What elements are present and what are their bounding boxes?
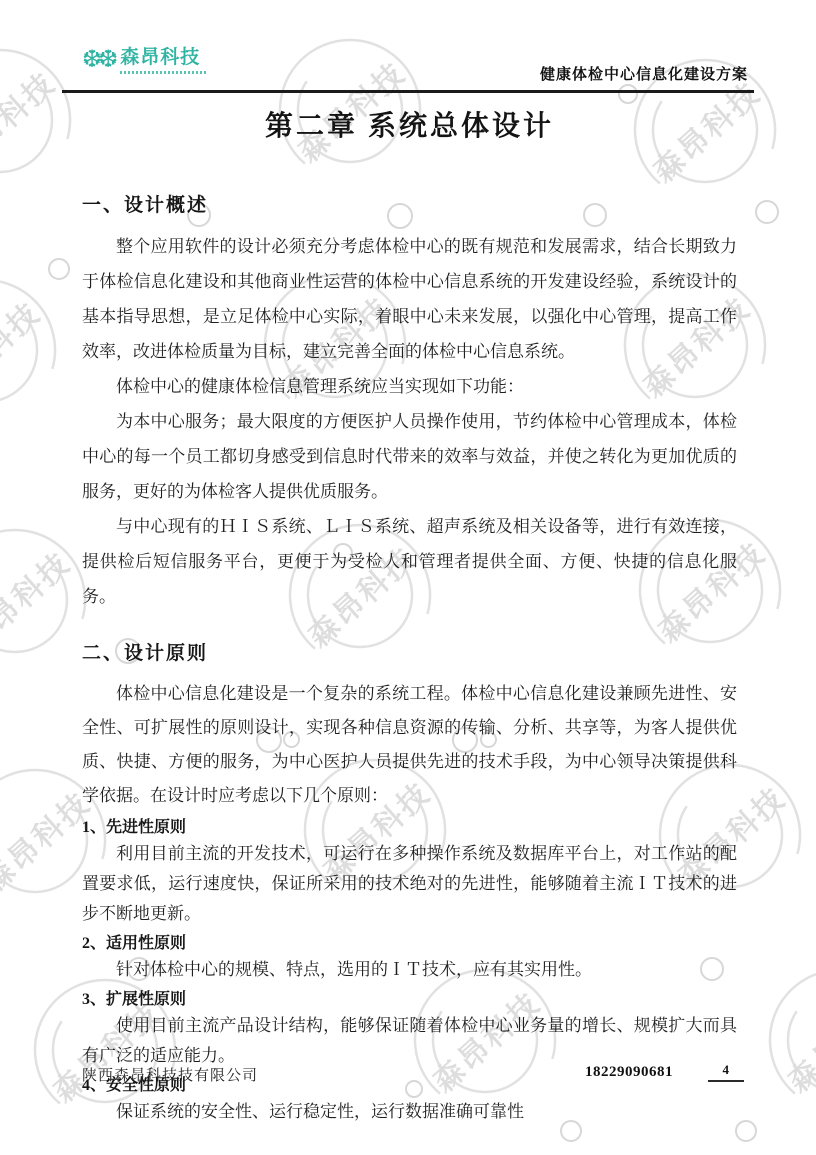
logo-company-name: 森昂科技	[120, 48, 208, 68]
principle-4-text: 保证系统的安全性、运行稳定性，运行数据准确可靠性	[82, 1097, 737, 1127]
logo-tagline	[120, 71, 208, 74]
watermark-circles-icon	[745, 945, 816, 1135]
section-1-paragraph: 为本中心服务；最大限度的方便医护人员操作使用，节约体检中心管理成本，体检中心的每…	[82, 404, 737, 509]
principle-1-label: 1、先进性原则	[82, 816, 737, 839]
watermark-text: 森昂科技	[0, 59, 64, 180]
principle-1-text: 利用目前主流的开发技术，可运行在多种操作系统及数据库平台上，对工作站的配置要求低…	[82, 839, 737, 929]
watermark-text: 森昂科技	[0, 539, 79, 660]
watermark-text: 森昂科技	[776, 979, 816, 1100]
watermark-circles-icon	[0, 255, 80, 445]
section-1-paragraph: 整个应用软件的设计必须充分考虑体检中心的既有规范和发展需求，结合长期致力于体检信…	[82, 229, 737, 369]
snowflake-logo-icon: ❆❆	[82, 48, 114, 72]
header-doc-title: 健康体检中心信息化建设方案	[540, 63, 748, 84]
document-page: 森昂科技森昂科技森昂科技森昂科技森昂科技森昂科技森昂科技森昂科技森昂科技森昂科技…	[0, 0, 816, 1155]
section-2-paragraph: 体检中心信息化建设是一个复杂的系统工程。体检中心信息化建设兼顾先进性、安全性、可…	[82, 677, 737, 813]
watermark-text: 森昂科技	[0, 289, 49, 410]
page-footer: 陕西森昂科技技有限公司 18229090681 4	[82, 1062, 754, 1088]
page-number: 4	[708, 1062, 745, 1082]
principle-2-text: 针对体检中心的规模、特点，选用的ＩＴ技术，应有其实用性。	[82, 955, 737, 985]
watermark-ring-icon	[755, 200, 779, 224]
watermark-ring-icon	[48, 258, 70, 280]
watermark-ring-icon	[735, 1120, 757, 1142]
watermark-logo: 森昂科技	[745, 945, 816, 1135]
footer-phone-number: 18229090681	[585, 1064, 673, 1081]
company-logo: ❆❆ 森昂科技	[82, 48, 208, 74]
header-rule	[62, 90, 754, 93]
section-1-heading: 一、设计概述	[82, 190, 737, 217]
principle-3-label: 3、扩展性原则	[82, 988, 737, 1011]
section-2-heading: 二、设计原则	[82, 638, 737, 665]
principle-2-label: 2、适用性原则	[82, 932, 737, 955]
watermark-logo: 森昂科技	[0, 255, 80, 445]
document-body: 第二章 系统总体设计 一、设计概述 整个应用软件的设计必须充分考虑体检中心的既有…	[82, 0, 737, 1127]
section-1-paragraph: 与中心现有的ＨＩＳ系统、ＬＩＳ系统、超声系统及相关设备等，进行有效连接，提供检后…	[82, 509, 737, 614]
page-header: ❆❆ 森昂科技 健康体检中心信息化建设方案	[62, 46, 754, 88]
section-1-paragraph: 体检中心的健康体检信息管理系统应当实现如下功能：	[82, 369, 737, 404]
footer-company-name: 陕西森昂科技技有限公司	[82, 1064, 258, 1085]
